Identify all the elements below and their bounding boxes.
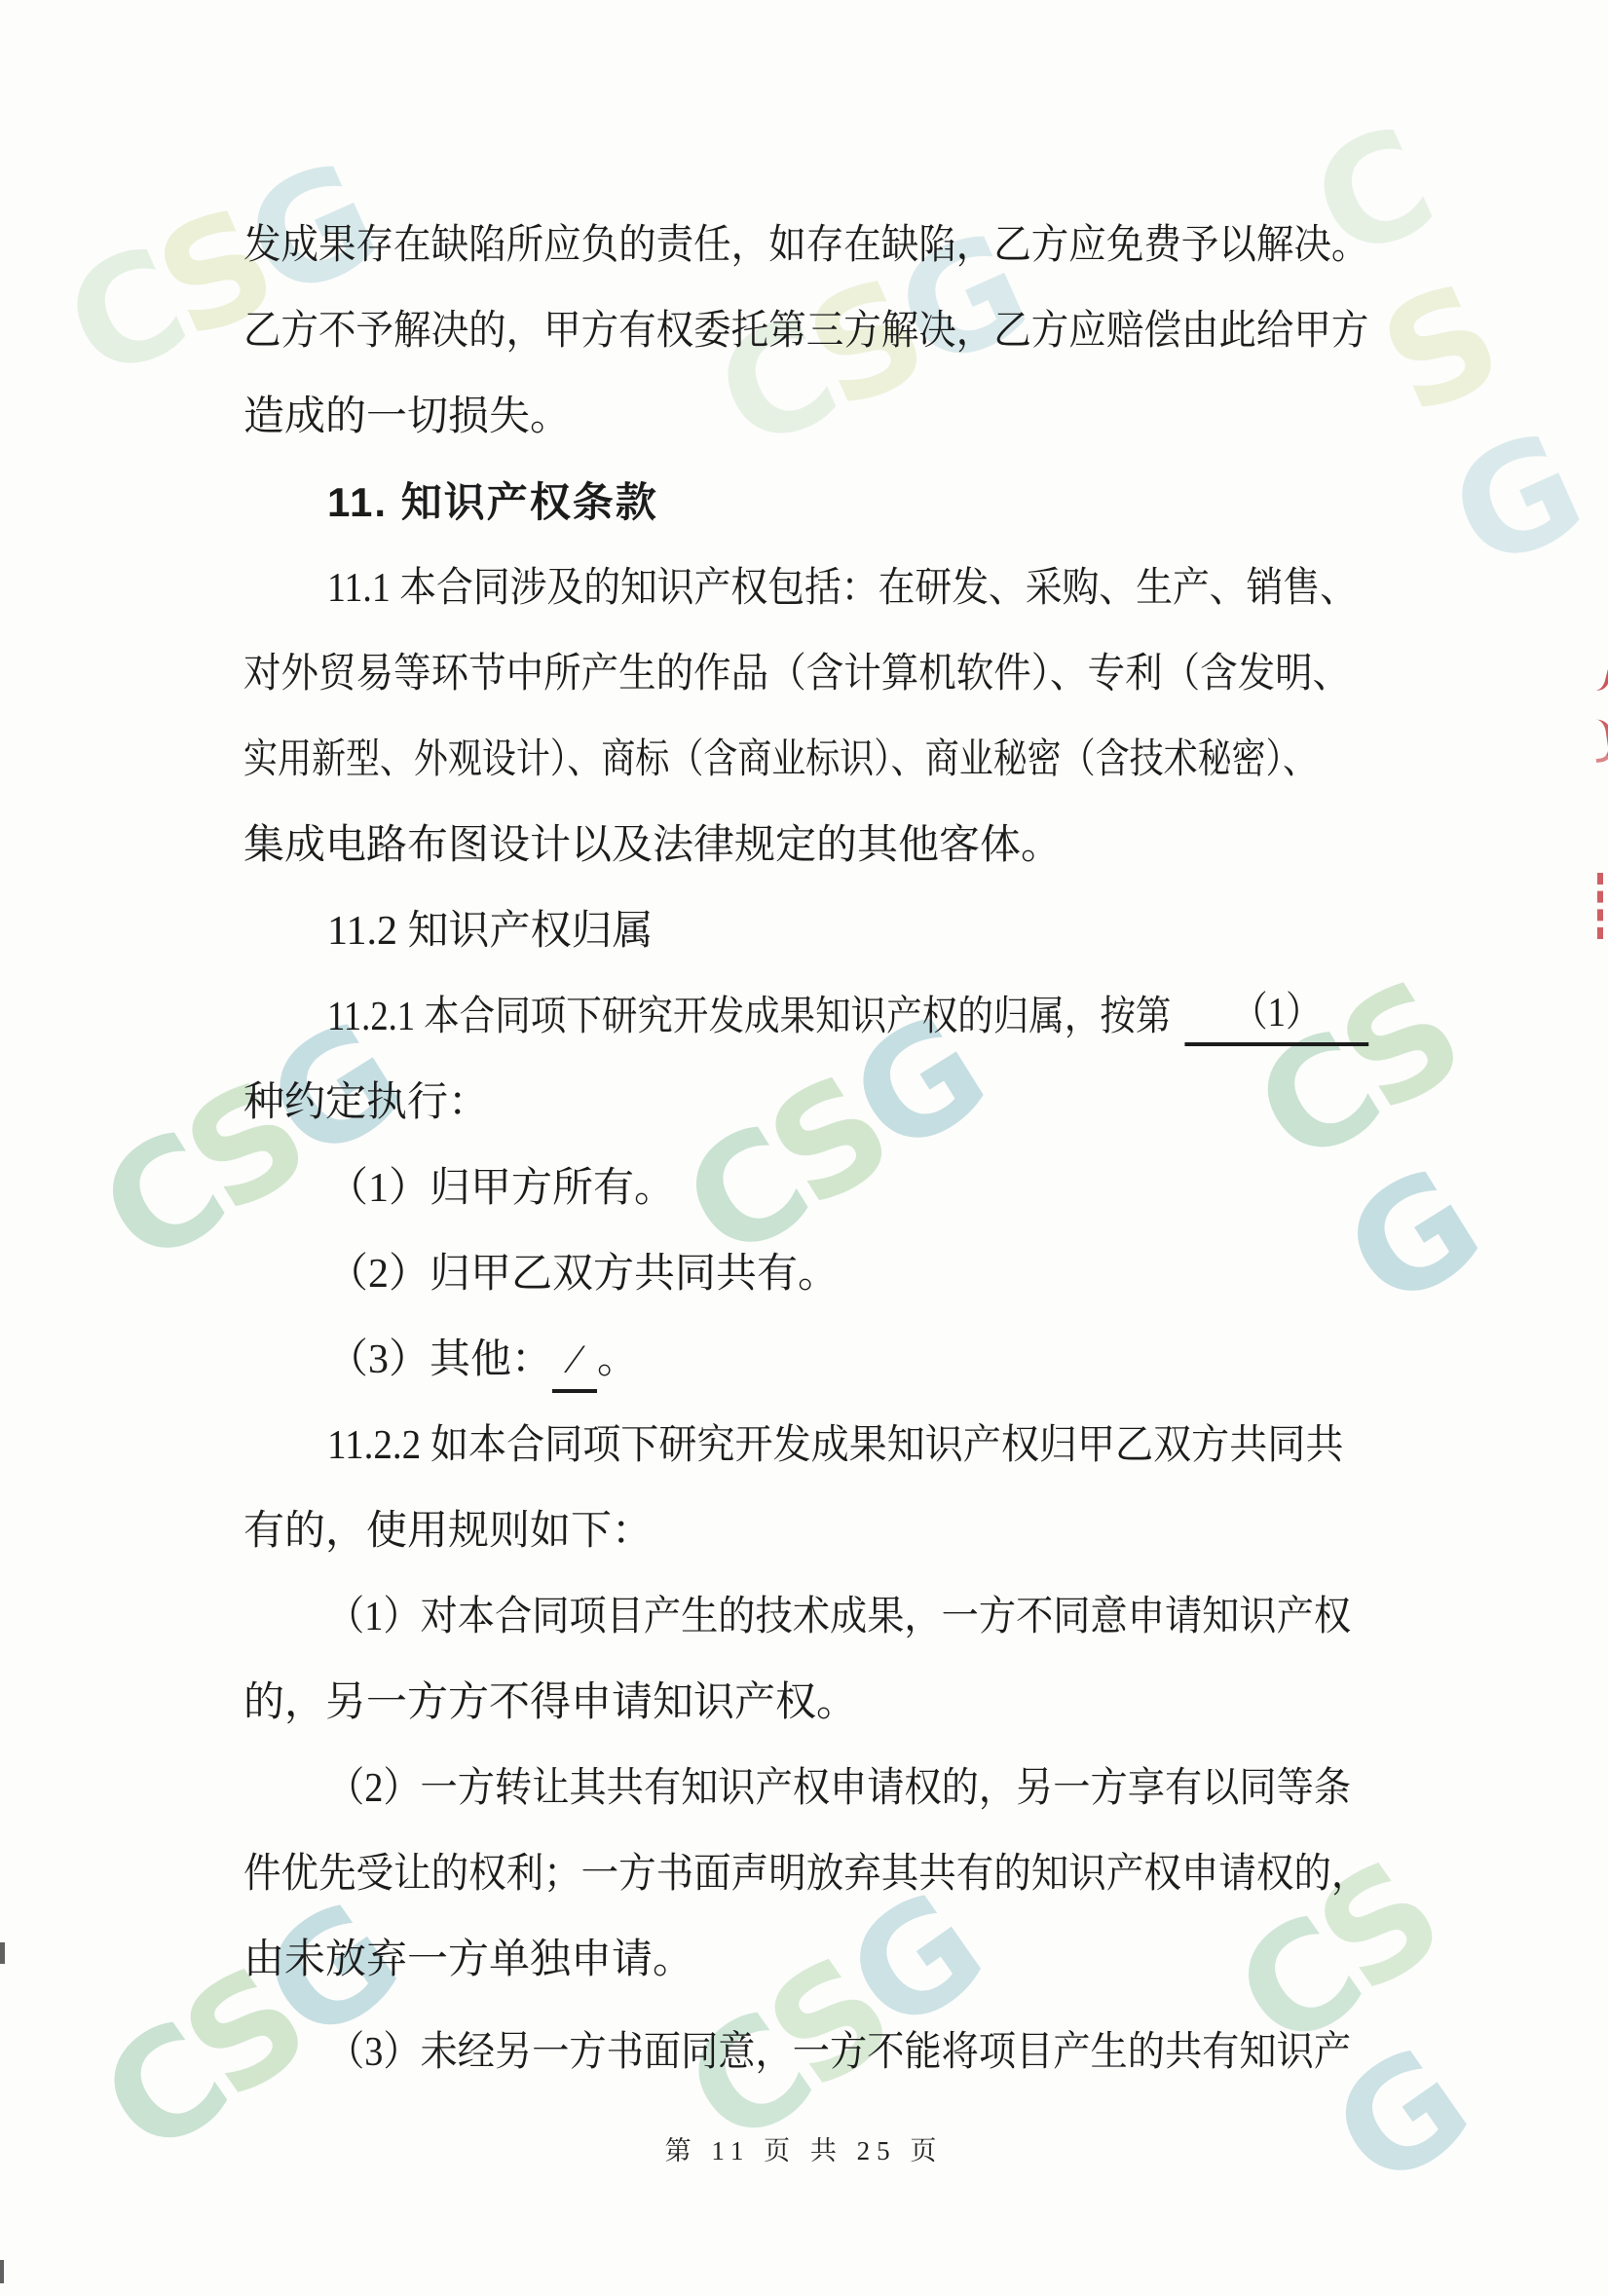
filled-blank-option: （1） (1184, 984, 1368, 1046)
contract-line: 对外贸易等环节中所产生的作品（含计算机软件）、专利（含发明、 (243, 645, 1350, 703)
contract-line: （2）归甲乙双方共同共有。 (327, 1245, 839, 1303)
contract-line: 种约定执行： (243, 1073, 489, 1132)
scan-artifact (0, 2260, 4, 2283)
contract-line: 乙方不予解决的，甲方有权委托第三方解决，乙方应赔偿由此给甲方 (243, 302, 1368, 360)
contract-line: 发成果存在缺陷所应负的责任，如存在缺陷，乙方应免费予以解决。 (243, 216, 1368, 275)
watermark-letter: C (44, 218, 204, 413)
contract-line: （2）一方转让其共有知识产权申请权的，另一方享有以同等条 (327, 1759, 1351, 1818)
contract-line: 11.1 本合同涉及的知识产权包括：在研发、采购、生产、销售、 (327, 559, 1357, 618)
contract-line: 集成电路布图设计以及法律规定的其他客体。 (243, 816, 1062, 875)
watermark-letter: S (741, 1045, 914, 1241)
contract-line: （1）对本合同项目产生的技术成果，一方不同意申请知识产权 (327, 1588, 1351, 1646)
watermark-letter: G (1428, 402, 1599, 603)
page-footer: 第 11 页 共 25 页 (0, 2129, 1608, 2167)
contract-line: 件优先受让的权利；一方书面声明放弃其共有的知识产权申请权的， (243, 1845, 1368, 1903)
watermark-letter: S (1360, 254, 1517, 449)
contract-line: （1）归甲方所有。 (327, 1159, 675, 1218)
watermark-letter: C (73, 1103, 247, 1299)
clause-text: 。 (597, 1337, 638, 1382)
red-seal-fragment (1590, 718, 1608, 763)
contract-page: CSG CSG CSG CSG CSG CSG CSG CSG CSG 发成果存… (0, 0, 1608, 2296)
contract-line: （3）未经另一方书面同意，一方不能将项目产生的共有知识产 (327, 2023, 1351, 2082)
clause-text: 11.2.1 本合同项下研究开发成果知识产权的归属，按第 (327, 988, 1171, 1046)
scan-artifact (0, 1942, 5, 1964)
contract-line: 11.2.2 如本合同项下研究开发成果知识产权归甲乙双方共同共 (327, 1416, 1343, 1475)
contract-line: 实用新型、外观设计）、商标（含商业标识）、商业秘密（含技术秘密）、 (243, 731, 1317, 789)
contract-line-with-blank: 11.2.1 本合同项下研究开发成果知识产权的归属，按第 （1） (327, 988, 1368, 1046)
watermark-letter: G (1318, 1139, 1503, 1342)
contract-line: 造成的一切损失。 (243, 388, 571, 446)
contract-line: 的，另一方方不得申请知识产权。 (243, 1674, 857, 1732)
red-seal-fragment (1592, 667, 1608, 694)
watermark-letter: S (1313, 951, 1485, 1147)
filled-blank-slash: ∕ (552, 1331, 597, 1393)
contract-line-with-blank: （3）其他：∕。 (327, 1331, 638, 1389)
red-seal-fragment (1597, 873, 1608, 939)
contract-line: 由未放弃一方单独申请。 (243, 1931, 693, 1989)
contract-line: 有的，使用规则如下： (243, 1502, 653, 1561)
section-heading: 11. 知识产权条款 (327, 473, 658, 532)
clause-text: （3）其他： (327, 1337, 552, 1382)
contract-line: 11.2 知识产权归属 (327, 902, 653, 960)
